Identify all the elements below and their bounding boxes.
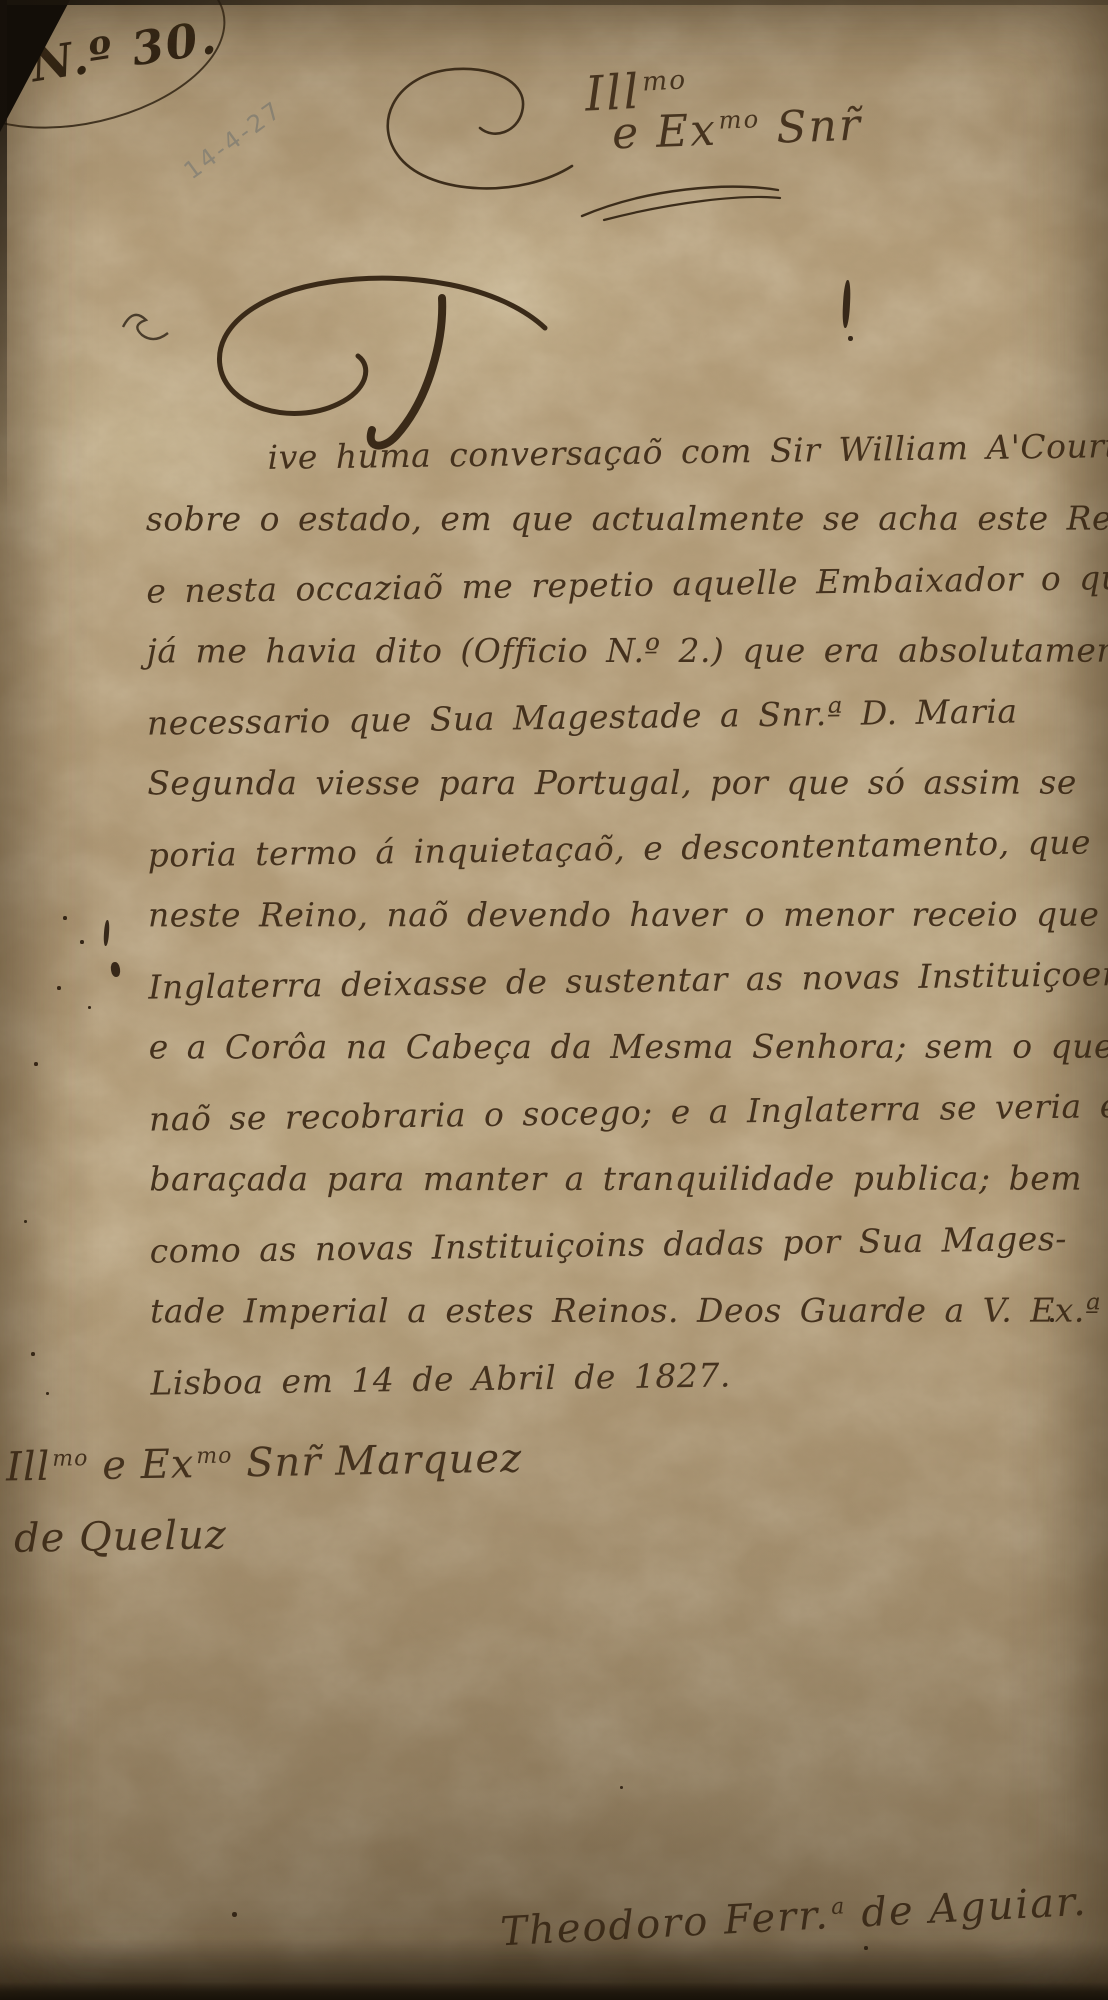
ink-speck <box>620 1786 623 1789</box>
address-part: Snr̃ Marquez <box>232 1435 523 1486</box>
signature-superscript: a <box>830 1894 846 1920</box>
ink-speck <box>864 1946 868 1950</box>
ink-speck <box>34 1062 38 1066</box>
ink-speck <box>46 1392 49 1395</box>
address-part: e Ex <box>88 1441 195 1489</box>
manuscript-line: ive huma conversaçaõ com Sir William A'C… <box>145 413 1096 492</box>
manuscript-line: e a Corôa na Cabeça da Mesma Senhora; se… <box>149 1014 1099 1081</box>
scanned-manuscript-page: N.º 30. 14-4-27 Illmo e Exmo Snr̃ ive hu… <box>0 0 1108 2000</box>
scan-edge-left <box>0 0 7 560</box>
ink-speck <box>57 986 61 990</box>
ink-speck <box>80 940 84 944</box>
salutation-flourish-icon <box>372 48 587 198</box>
manuscript-line: necessario que Sua Magestade a Snr.ª D. … <box>147 677 1098 756</box>
ink-speck <box>232 1912 237 1917</box>
ink-speck <box>31 1352 35 1356</box>
manuscript-line: neste Reino, naõ devendo haver o menor r… <box>148 882 1098 949</box>
ink-speck <box>386 1452 389 1455</box>
address-superscript: mo <box>52 1446 89 1472</box>
letter-body: ive huma conversaçaõ com Sir William A'C… <box>145 418 1100 1413</box>
manuscript-line: naõ se recobraria o socego; e a Inglater… <box>149 1073 1100 1152</box>
address-line-2: de Queluz <box>14 1512 228 1562</box>
ink-speck <box>63 916 67 920</box>
manuscript-line: Segunda viesse para Portugal, por que só… <box>147 750 1097 817</box>
address-line-1: Illmo e Exmo Snr̃ Marquez <box>6 1435 523 1490</box>
manuscript-line: Lisboa em 14 de Abril de 1827. <box>150 1337 1101 1416</box>
underline-flourish-icon <box>578 180 783 224</box>
manuscript-line: sobre o estado, em que actualmente se ac… <box>146 486 1096 553</box>
address-part: Ill <box>6 1444 51 1491</box>
scan-edge-bottom <box>0 1982 1108 2000</box>
ink-scribble-icon <box>118 295 180 351</box>
manuscript-line: tade Imperial a estes Reinos. Deos Guard… <box>150 1278 1100 1345</box>
ink-speck <box>848 336 853 341</box>
salutation-superscript: mo <box>641 64 687 97</box>
manuscript-line: Inglaterra deixasse de sustentar as nova… <box>148 941 1099 1020</box>
ink-speck <box>88 1006 91 1009</box>
manuscript-line: como as novas Instituiçoins dadas por Su… <box>149 1205 1100 1284</box>
address-superscript: mo <box>196 1443 233 1469</box>
salutation-part: Snr̃ <box>760 100 863 155</box>
manuscript-line: poria termo á inquietaçaõ, e descontenta… <box>147 809 1098 888</box>
ink-speck <box>1050 1318 1054 1322</box>
manuscript-line: e nesta occaziaõ me repetio aquelle Emba… <box>146 545 1097 624</box>
salutation-part: e Ex <box>611 105 718 160</box>
ink-speck <box>24 1220 27 1223</box>
salutation-superscript: mo <box>718 106 760 135</box>
scan-edge-top <box>0 0 1108 5</box>
salutation-line-2: e Exmo Snr̃ <box>611 100 863 160</box>
manuscript-line: já me havia dito (Officio N.º 2.) que er… <box>147 618 1097 685</box>
manuscript-line: baraçada para manter a tranquilidade pub… <box>149 1146 1099 1213</box>
